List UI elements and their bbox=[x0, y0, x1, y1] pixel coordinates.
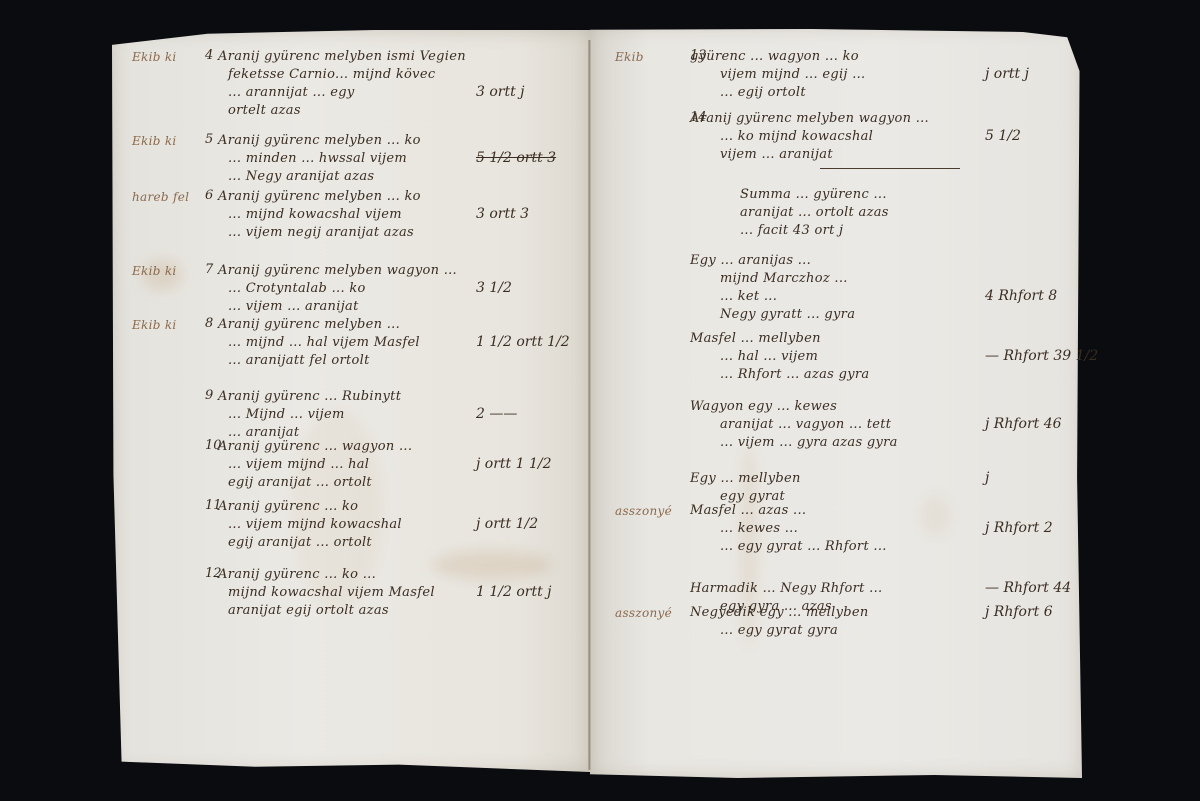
entry-amount: — Rhfort 39 1/2 bbox=[985, 348, 1098, 364]
sum-rule bbox=[820, 168, 960, 169]
entry-line: egij aranijat ... ortolt bbox=[228, 474, 372, 492]
entry-amount: j ortt j bbox=[985, 66, 1029, 82]
entry-line: ... mijnd ... hal vijem Masfel bbox=[228, 334, 420, 352]
margin-note: Ekib ki bbox=[132, 316, 177, 334]
entry-line: Aranij gyürenc ... wagyon ... bbox=[218, 438, 412, 456]
margin-note: asszonyé bbox=[615, 604, 672, 622]
entry-line: ... vijem mijnd ... hal bbox=[228, 456, 369, 474]
entry-amount: 1 1/2 ortt j bbox=[476, 584, 552, 600]
entry-line: Aranij gyürenc melyben ... ko bbox=[218, 132, 421, 150]
margin-note: asszonyé bbox=[615, 502, 672, 520]
entry-line: Harmadik ... Negy Rhfort ... bbox=[690, 580, 882, 598]
entry-line: Aranij gyürenc melyben ... ko bbox=[218, 188, 421, 206]
entry-amount: j Rhfort 6 bbox=[985, 604, 1053, 620]
entry-line: ... aranijatt fel ortolt bbox=[228, 352, 370, 370]
entry-amount: 3 ortt j bbox=[476, 84, 525, 100]
manuscript-spread: Ekib ki4Aranij gyürenc melyben ismi Vegi… bbox=[0, 0, 1200, 801]
entry-amount: 5 1/2 ortt 3 bbox=[476, 150, 556, 166]
entry-number: 8 bbox=[205, 316, 213, 331]
entry-amount: j Rhfort 46 bbox=[985, 416, 1062, 432]
entry-number: 7 bbox=[205, 262, 213, 277]
entry-line: ... vijem mijnd kowacshal bbox=[228, 516, 402, 534]
entry-amount: 3 ortt 3 bbox=[476, 206, 529, 222]
entry-line: aranijat egij ortolt azas bbox=[228, 602, 389, 620]
entry-line: egij aranijat ... ortolt bbox=[228, 534, 372, 552]
margin-note: hareb fel bbox=[132, 188, 189, 206]
entry-amount: — Rhfort 44 bbox=[985, 580, 1071, 596]
entry-line: mijnd kowacshal vijem Masfel bbox=[228, 584, 435, 602]
entry-line: Negy gyratt ... gyra bbox=[720, 306, 855, 324]
entry-amount: j bbox=[985, 470, 989, 486]
entry-line: ... egy gyrat gyra bbox=[720, 622, 838, 640]
entry-line: Aranij gyürenc ... ko ... bbox=[218, 566, 376, 584]
entry-line: ... minden ... hwssal vijem bbox=[228, 150, 407, 168]
entry-line: ... hal ... vijem bbox=[720, 348, 818, 366]
entry-amount: 2 —— bbox=[476, 406, 517, 422]
entry-amount: 5 1/2 bbox=[985, 128, 1021, 144]
entry-line: ... vijem ... gyra azas gyra bbox=[720, 434, 898, 452]
entry-line: vijem ... aranijat bbox=[720, 146, 833, 164]
entry-number: 9 bbox=[205, 388, 213, 403]
entry-line: Masfel ... azas ... bbox=[690, 502, 806, 520]
entry-amount: 3 1/2 bbox=[476, 280, 512, 296]
entry-amount: j Rhfort 2 bbox=[985, 520, 1053, 536]
entry-line: Egy ... mellyben bbox=[690, 470, 801, 488]
entry-line: aranijat ... ortolt azas bbox=[740, 204, 889, 222]
entry-line: feketsse Carnio... mijnd kövec bbox=[228, 66, 435, 84]
entry-line: mijnd Marczhoz ... bbox=[720, 270, 848, 288]
entry-line: gyürenc ... wagyon ... ko bbox=[690, 48, 859, 66]
entry-line: ... egy gyrat ... Rhfort ... bbox=[720, 538, 887, 556]
entry-line: Aranij gyürenc melyben wagyon ... bbox=[690, 110, 929, 128]
entry-line: ... Crotyntalab ... ko bbox=[228, 280, 366, 298]
margin-note: Ekib ki bbox=[132, 262, 177, 280]
entry-amount: 4 Rhfort 8 bbox=[985, 288, 1057, 304]
entry-line: ... Rhfort ... azas gyra bbox=[720, 366, 869, 384]
entry-amount: 1 1/2 ortt 1/2 bbox=[476, 334, 570, 350]
entry-line: ... mijnd kowacshal vijem bbox=[228, 206, 402, 224]
entry-line: Masfel ... mellyben bbox=[690, 330, 821, 348]
entry-line: ... Negy aranijat azas bbox=[228, 168, 374, 186]
entry-number: 6 bbox=[205, 188, 213, 203]
entry-line: Negyedik egy ... mellyben bbox=[690, 604, 869, 622]
entry-line: ... egij ortolt bbox=[720, 84, 806, 102]
margin-note: Ekib ki bbox=[132, 48, 177, 66]
entry-line: ... kewes ... bbox=[720, 520, 798, 538]
entry-line: ... arannijat ... egy bbox=[228, 84, 354, 102]
entry-line: ... vijem negij aranijat azas bbox=[228, 224, 414, 242]
entry-line: Aranij gyürenc melyben wagyon ... bbox=[218, 262, 457, 280]
entry-number: 5 bbox=[205, 132, 213, 147]
entry-line: ... Mijnd ... vijem bbox=[228, 406, 345, 424]
entry-line: aranijat ... vagyon ... tett bbox=[720, 416, 891, 434]
entry-line: Aranij gyürenc ... Rubinytt bbox=[218, 388, 401, 406]
entry-line: ... vijem ... aranijat bbox=[228, 298, 359, 316]
entry-line: Summa ... gyürenc ... bbox=[740, 186, 887, 204]
entry-line: ... ko mijnd kowacshal bbox=[720, 128, 873, 146]
margin-note: Ekib bbox=[615, 48, 644, 66]
book-gutter bbox=[588, 40, 591, 770]
entry-amount: j ortt 1 1/2 bbox=[476, 456, 552, 472]
entry-line: ... facit 43 ort j bbox=[740, 222, 843, 240]
margin-note: Ekib ki bbox=[132, 132, 177, 150]
entry-line: Aranij gyürenc ... ko bbox=[218, 498, 358, 516]
entry-amount: j ortt 1/2 bbox=[476, 516, 538, 532]
entry-line: Aranij gyürenc melyben ... bbox=[218, 316, 400, 334]
entry-line: vijem mijnd ... egij ... bbox=[720, 66, 866, 84]
entry-number: 4 bbox=[205, 48, 213, 63]
entry-line: ortelt azas bbox=[228, 102, 301, 120]
entry-line: Aranij gyürenc melyben ismi Vegien bbox=[218, 48, 466, 66]
entry-line: Egy ... aranijas ... bbox=[690, 252, 811, 270]
entry-line: ... ket ... bbox=[720, 288, 777, 306]
entry-line: Wagyon egy ... kewes bbox=[690, 398, 837, 416]
